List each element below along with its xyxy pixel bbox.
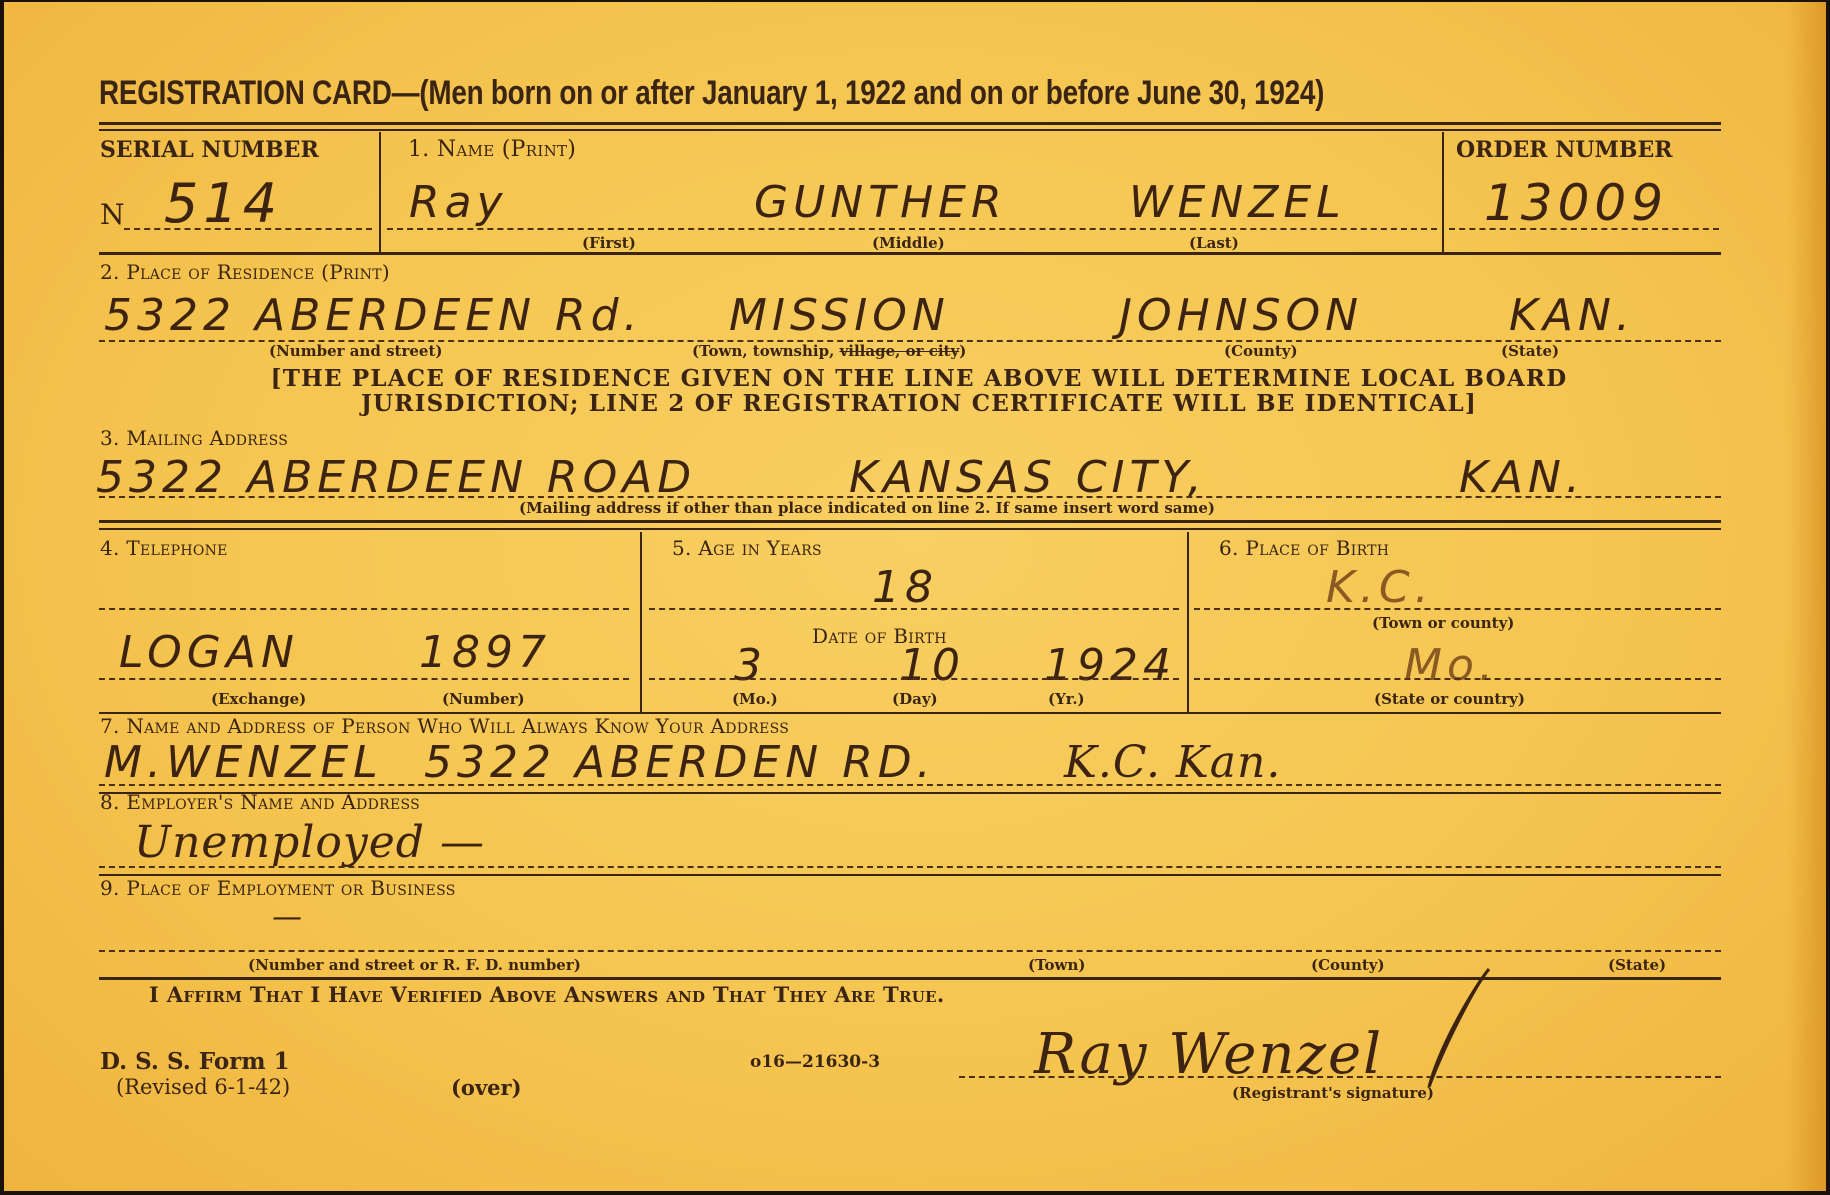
name-label: 1. Name (Print) [408, 137, 576, 162]
telephone-exchange-value: LOGAN [119, 627, 299, 678]
birth-day-value: 10 [899, 640, 965, 691]
affirmation-text: I Affirm That I Have Verified Above Answ… [149, 982, 944, 1007]
state-or-country-caption: (State or country) [1374, 690, 1525, 708]
card-title: REGISTRATION CARD—(Men born on or after … [99, 74, 1324, 113]
telephone-line-2 [99, 678, 629, 680]
employer-value: Unemployed — [134, 817, 485, 868]
serial-line [124, 228, 372, 230]
employer-line [99, 866, 1721, 868]
order-line [1449, 228, 1719, 230]
divider [1442, 132, 1444, 252]
residence-county-value: JOHNSON [1119, 290, 1363, 341]
registration-card: REGISTRATION CARD—(Men born on or after … [4, 2, 1826, 1191]
employment-state-caption: (State) [1608, 956, 1666, 974]
middle-caption: (Middle) [872, 234, 945, 252]
signature-line [959, 1076, 1721, 1078]
notice-line-2: JURISDICTION; LINE 2 OF REGISTRATION CER… [199, 391, 1639, 416]
contact-city-value: K.C. Kan. [1064, 737, 1281, 788]
rule-top-2 [99, 129, 1721, 131]
serial-prefix: N [100, 198, 125, 231]
exchange-caption: (Exchange) [211, 690, 306, 708]
residence-label: 2. Place of Residence (Print) [100, 260, 390, 284]
divider [1187, 532, 1189, 712]
last-caption: (Last) [1189, 234, 1239, 252]
birthplace-state-line [1194, 678, 1721, 680]
contact-street-value: 5322 ABERDEN RD. [424, 737, 936, 788]
telephone-number-value: 1897 [419, 627, 551, 678]
county-caption: (County) [1224, 342, 1298, 360]
age-line [649, 608, 1179, 610]
employment-county-caption: (County) [1311, 956, 1385, 974]
birthplace-label: 6. Place of Birth [1219, 536, 1389, 560]
divider [640, 532, 642, 712]
residence-town-value: MISSION [729, 290, 950, 341]
birth-year-value: 1924 [1044, 640, 1176, 691]
residence-street-value: 5322 ABERDEEN Rd. [104, 290, 643, 341]
age-value: 18 [872, 562, 938, 613]
rule [99, 520, 1721, 523]
residence-state-value: KAN. [1509, 290, 1635, 341]
number-caption: (Number) [442, 690, 525, 708]
serial-number-value: 514 [164, 172, 282, 235]
employment-place-label: 9. Place of Employment or Business [100, 876, 456, 900]
birthplace-town-value: K.C. [1326, 562, 1434, 613]
state-caption: (State) [1501, 342, 1559, 360]
month-caption: (Mo.) [732, 690, 778, 708]
jurisdiction-notice: [THE PLACE OF RESIDENCE GIVEN ON THE LIN… [199, 366, 1639, 416]
mailing-caption: (Mailing address if other than place ind… [519, 499, 1215, 517]
employment-place-value: — [272, 900, 307, 935]
rule [99, 252, 1721, 255]
year-caption: (Yr.) [1048, 690, 1085, 708]
street-caption: (Number and street) [269, 342, 442, 360]
print-code: o16—21630-3 [750, 1052, 880, 1072]
birth-month-value: 3 [734, 640, 767, 691]
telephone-line-1 [99, 608, 629, 610]
contact-name-value: M.WENZEL [104, 737, 383, 788]
name-line [387, 228, 1437, 230]
contact-line [99, 784, 1721, 786]
divider [379, 132, 381, 252]
rule [99, 528, 1721, 530]
form-revised: (Revised 6-1-42) [116, 1075, 290, 1099]
employer-label: 8. Employer's Name and Address [100, 790, 420, 814]
mailing-line [99, 496, 1721, 498]
mailing-label: 3. Mailing Address [100, 426, 288, 450]
rule-top [99, 122, 1721, 125]
order-number-value: 13009 [1484, 174, 1668, 232]
first-caption: (First) [582, 234, 636, 252]
notice-line-1: [THE PLACE OF RESIDENCE GIVEN ON THE LIN… [199, 366, 1639, 391]
town-caption: (Town, township, village, or city) [692, 342, 966, 360]
employment-street-caption: (Number and street or R. F. D. number) [248, 956, 581, 974]
over-note: (over) [451, 1075, 522, 1100]
day-caption: (Day) [892, 690, 938, 708]
serial-number-label: SERIAL NUMBER [100, 137, 319, 163]
employment-line [99, 950, 1721, 952]
name-first-value: Ray [409, 177, 508, 228]
birth-date-line [649, 678, 1179, 680]
order-number-label: ORDER NUMBER [1456, 137, 1673, 163]
birthplace-town-line [1194, 608, 1721, 610]
town-or-county-caption: (Town or county) [1372, 614, 1514, 632]
name-last-value: WENZEL [1129, 177, 1346, 228]
name-middle-value: GUNTHER [754, 177, 1007, 228]
telephone-label: 4. Telephone [100, 536, 228, 560]
birthplace-state-value: Mo. [1404, 640, 1498, 691]
paper-edge-shadow [1786, 2, 1826, 1191]
signature-flourish [1384, 957, 1504, 1097]
age-label: 5. Age in Years [672, 536, 822, 560]
employment-town-caption: (Town) [1028, 956, 1085, 974]
contact-label: 7. Name and Address of Person Who Will A… [100, 714, 789, 738]
form-number: D. S. S. Form 1 [100, 1048, 290, 1075]
